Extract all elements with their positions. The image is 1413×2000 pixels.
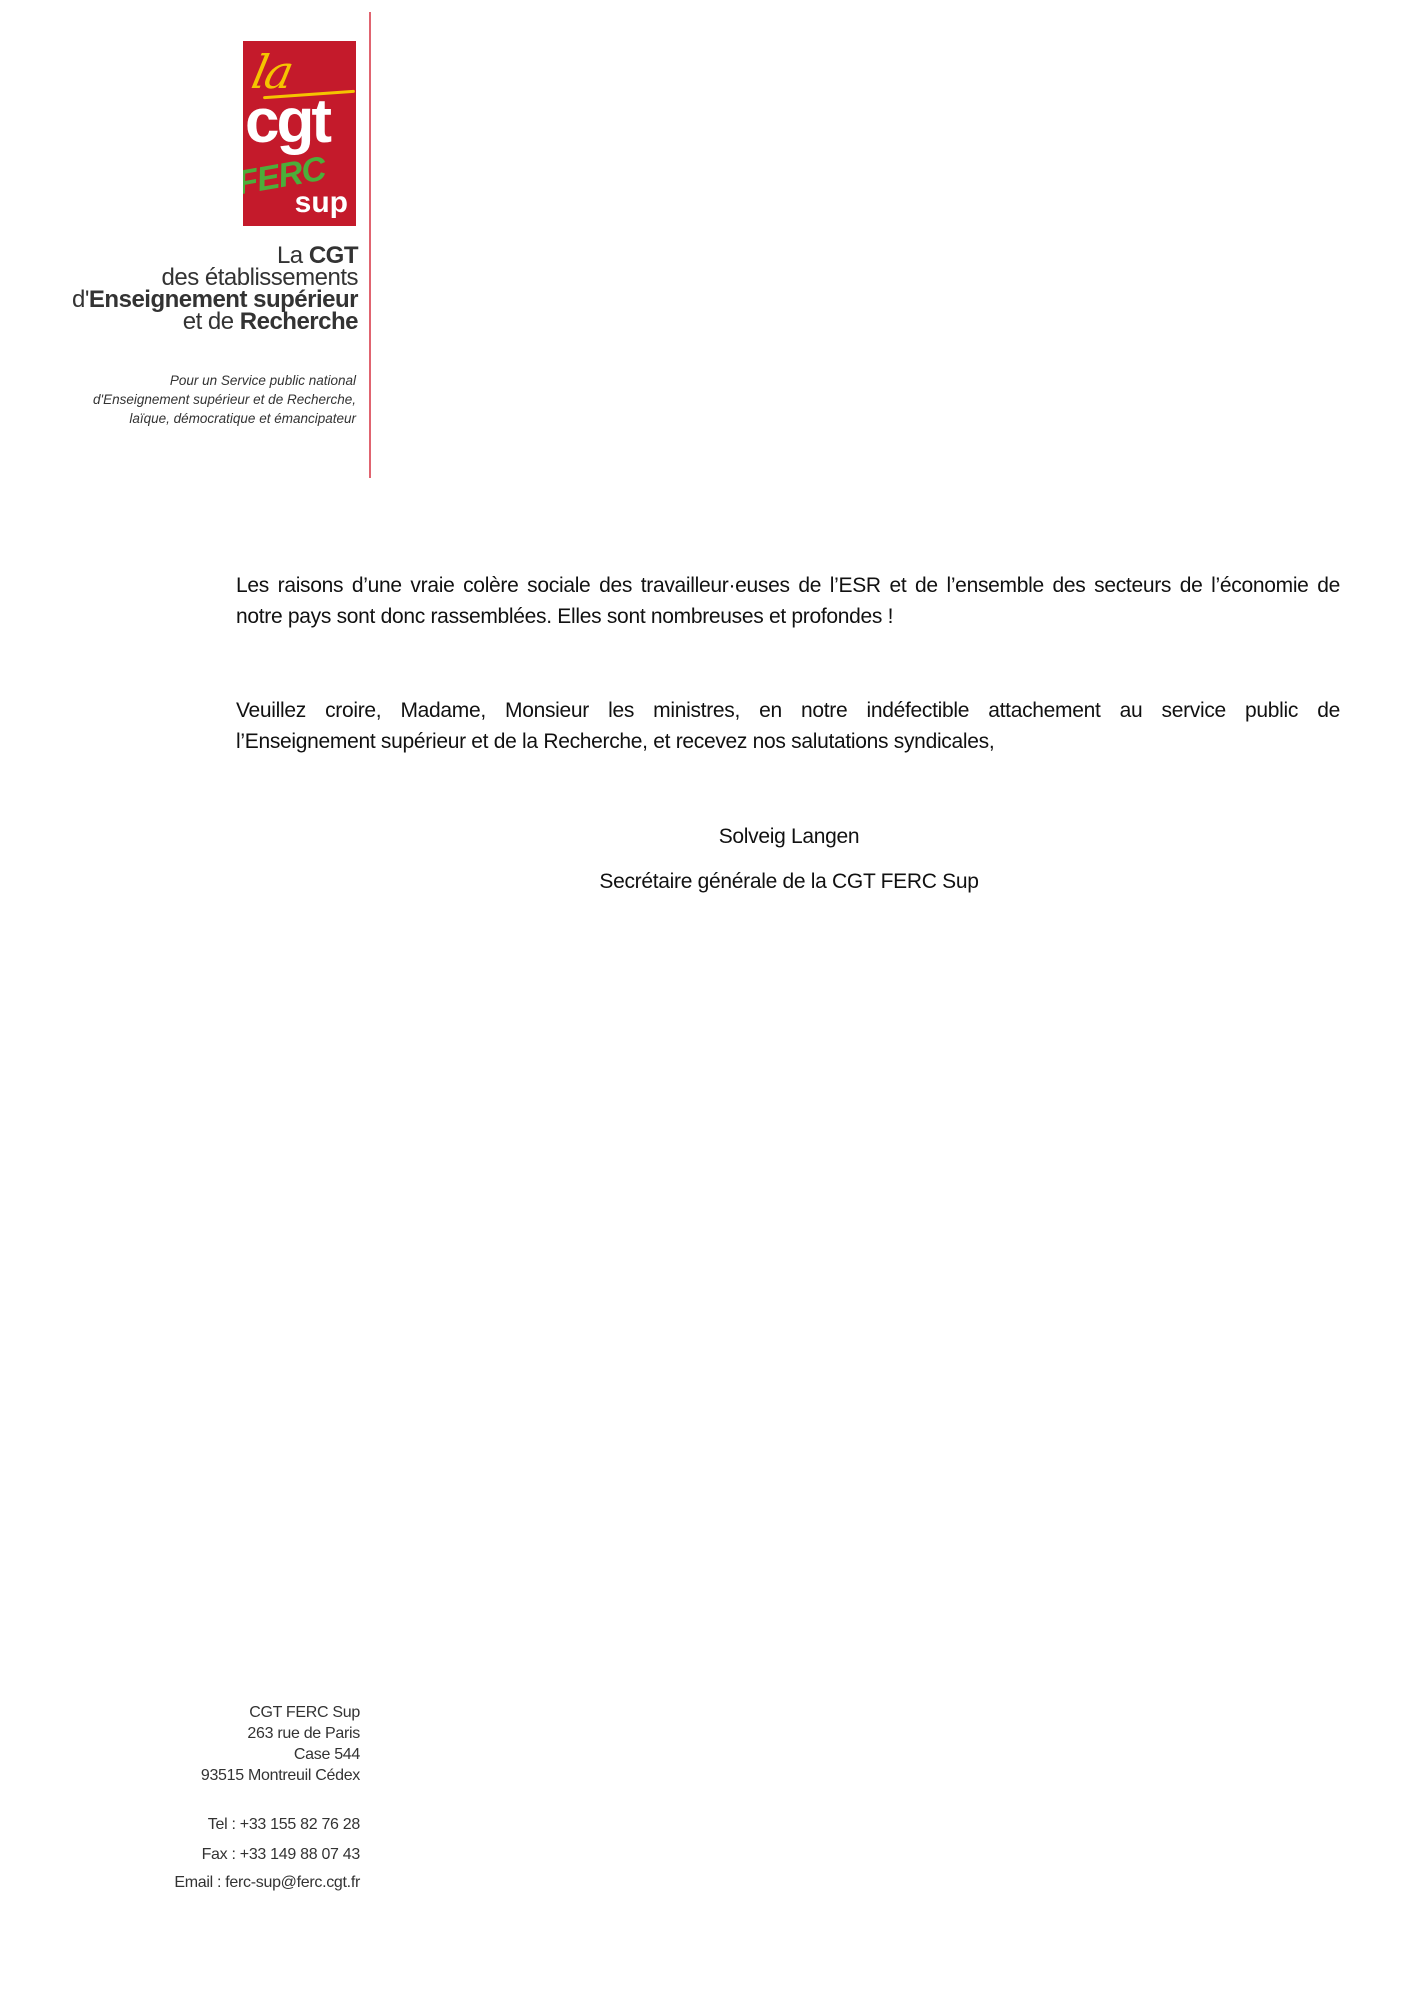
footer-email[interactable]: Email : ferc-sup@ferc.cgt.fr — [174, 1872, 360, 1893]
footer-address: CGT FERC Sup 263 rue de Paris Case 544 9… — [201, 1702, 360, 1786]
paragraph-line: Veuillez croire, Madame, Monsieur les mi… — [236, 695, 1340, 726]
address-line: 93515 Montreuil Cédex — [201, 1765, 360, 1786]
tagline-line: laïque, démocratique et émancipateur — [93, 409, 356, 428]
logo-cgt-text: cgt — [245, 91, 329, 153]
organization-name: La CGT des établissements d'Enseignement… — [72, 245, 358, 333]
address-line: CGT FERC Sup — [201, 1702, 360, 1723]
header-divider-line — [369, 12, 371, 478]
address-line: 263 rue de Paris — [201, 1723, 360, 1744]
paragraph-closing: Veuillez croire, Madame, Monsieur les mi… — [236, 695, 1340, 757]
cgt-ferc-sup-logo: la cgt FERC sup — [243, 41, 356, 226]
footer-tel: Tel : +33 155 82 76 28 — [202, 1810, 360, 1840]
paragraph-reasons: Les raisons d’une vraie colère sociale d… — [236, 570, 1340, 632]
signatory-title: Secrétaire générale de la CGT FERC Sup — [0, 870, 1413, 894]
organization-tagline: Pour un Service public national d'Enseig… — [93, 371, 356, 428]
tagline-line: d'Enseignement supérieur et de Recherche… — [93, 390, 356, 409]
footer-contact: Tel : +33 155 82 76 28 Fax : +33 149 88 … — [202, 1810, 360, 1870]
paragraph-line: l’Enseignement supérieur et de la Recher… — [236, 730, 994, 753]
paragraph-line: Les raisons d’une vraie colère sociale d… — [236, 570, 1340, 601]
footer-fax: Fax : +33 149 88 07 43 — [202, 1840, 360, 1870]
address-line: Case 544 — [201, 1744, 360, 1765]
paragraph-line: notre pays sont donc rassemblées. Elles … — [236, 605, 893, 628]
org-line-4: et de Recherche — [72, 311, 358, 333]
logo-sup-text: sup — [295, 186, 348, 220]
signatory-name: Solveig Langen — [0, 825, 1413, 849]
tagline-line: Pour un Service public national — [93, 371, 356, 390]
